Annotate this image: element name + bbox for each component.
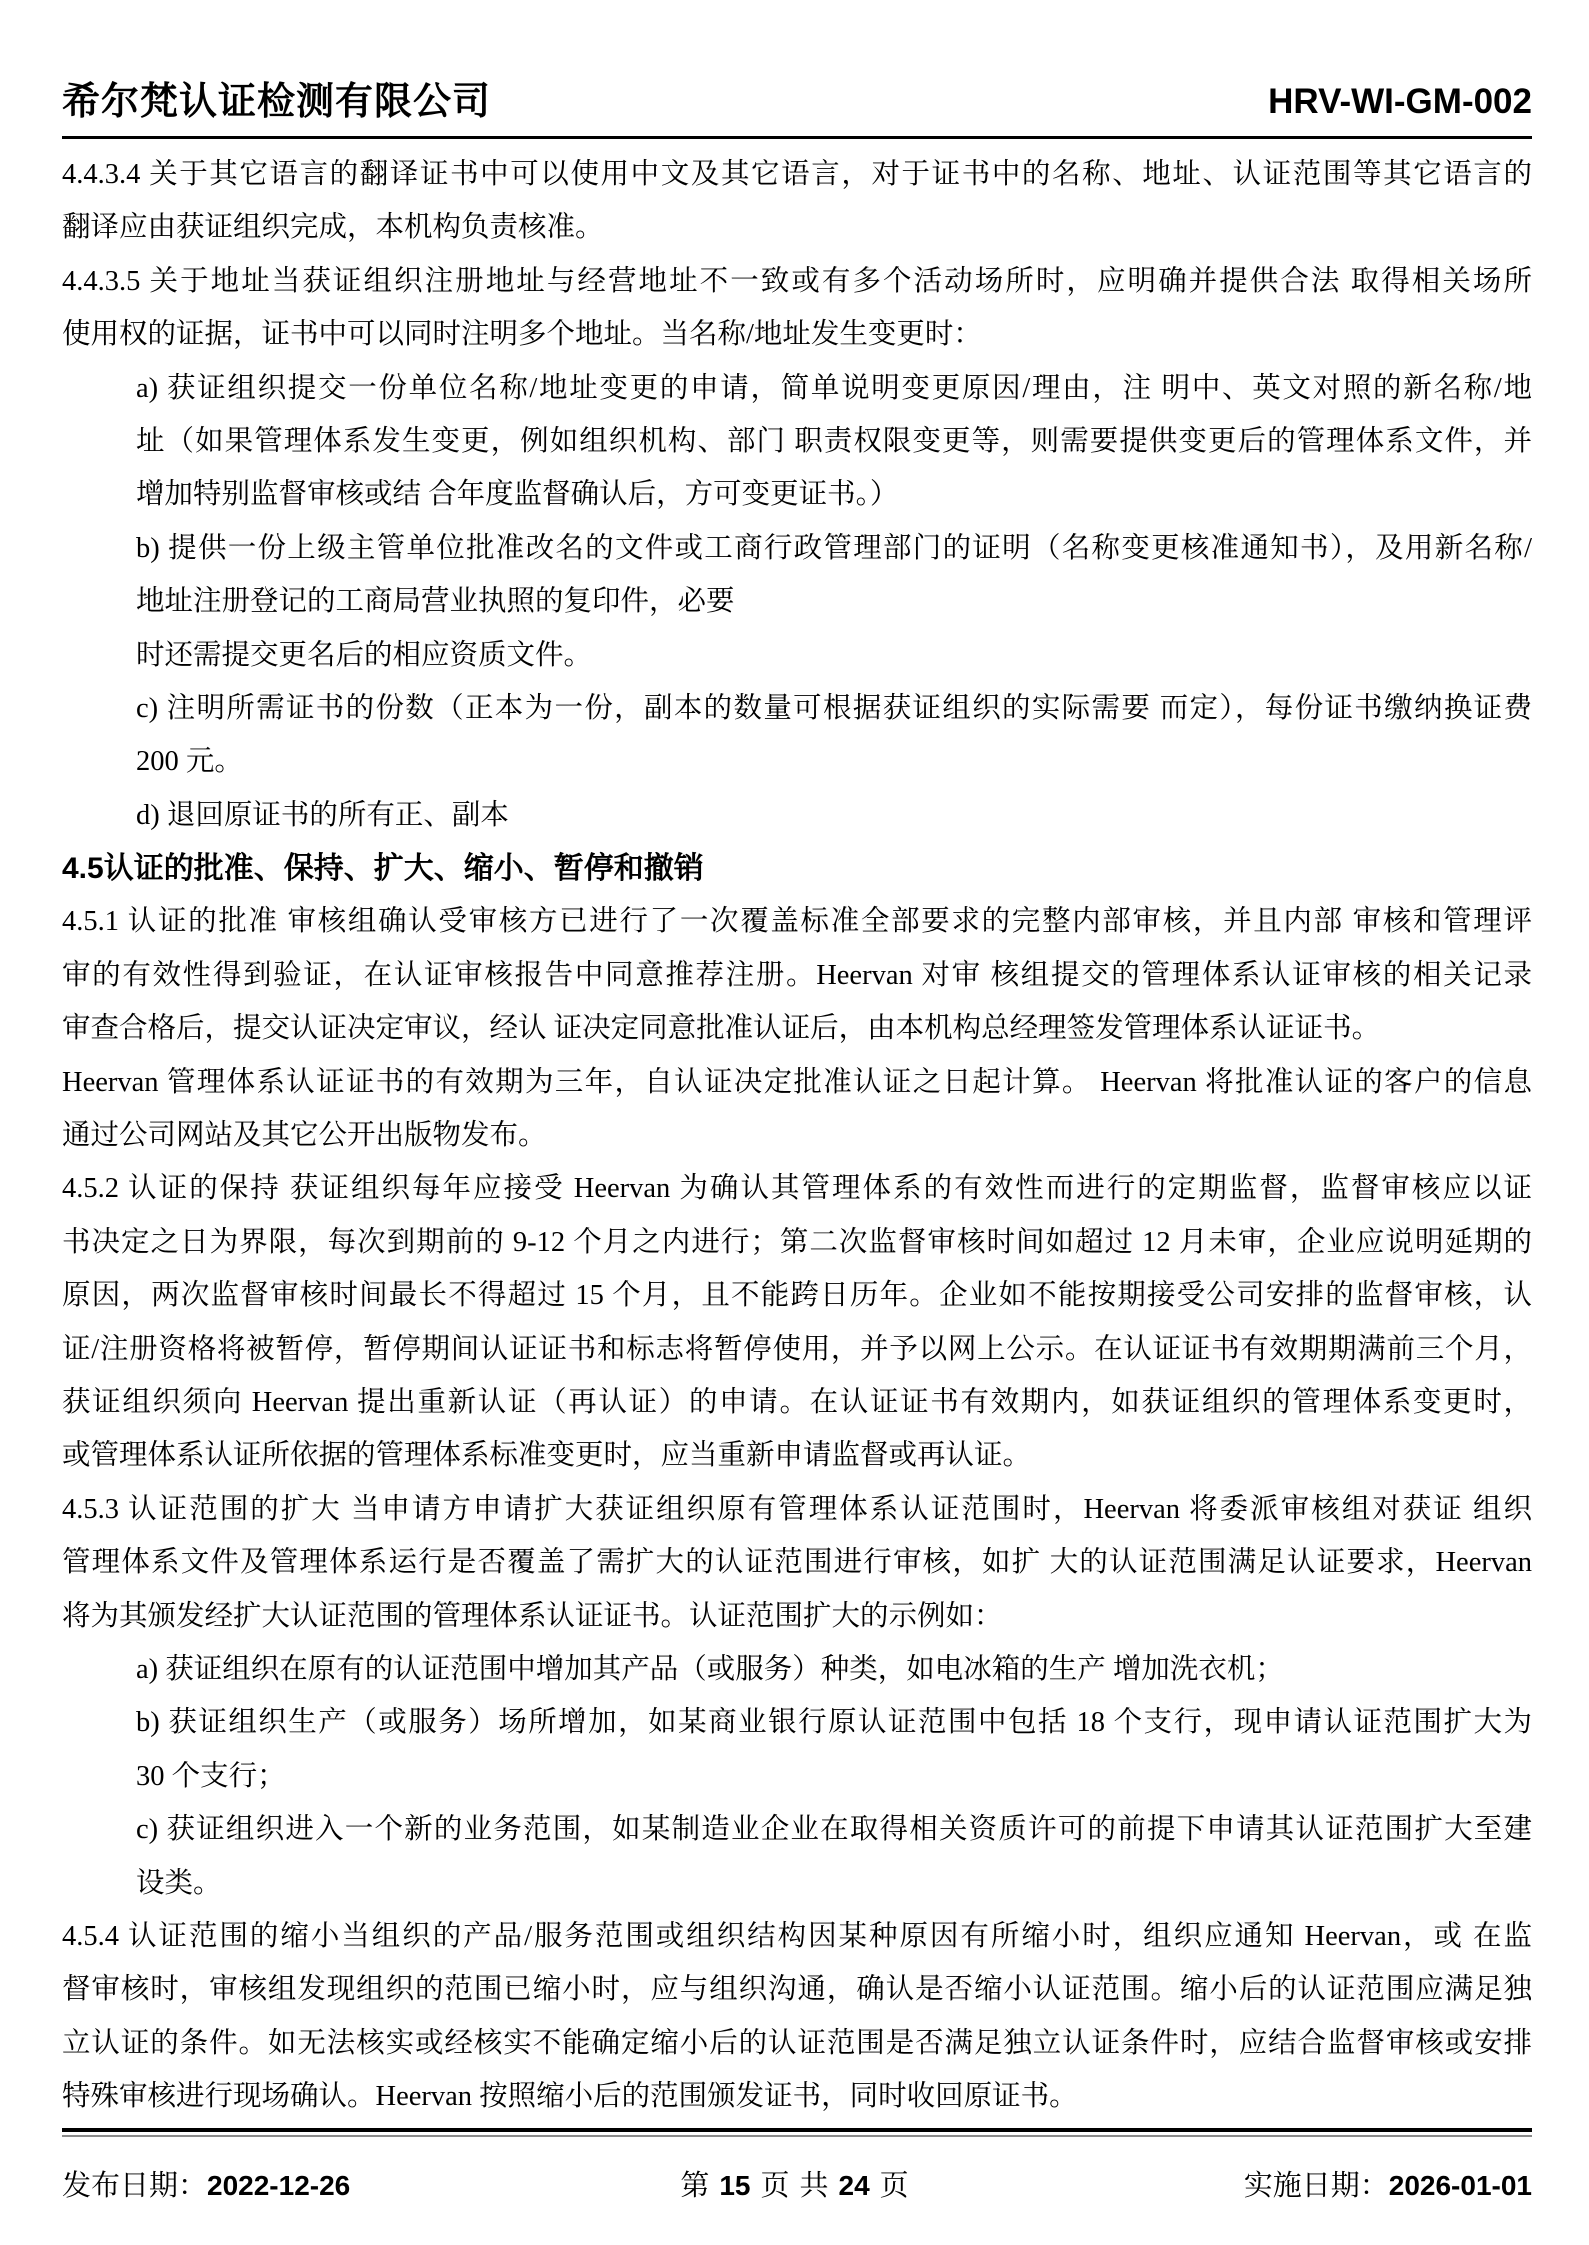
footer-rule-thin — [62, 2135, 1532, 2137]
page-header: 希尔梵认证检测有限公司 HRV-WI-GM-002 — [62, 80, 1532, 124]
text-line: 管理体系文件及管理体系运行是否覆盖了需扩大的认证范围进行审核，如扩 大的认证范围… — [62, 1536, 1532, 1589]
text-line: 地址注册登记的工商局营业执照的复印件，必要 — [136, 575, 1532, 628]
document-body: 4.4.3.4 关于其它语言的翻译证书中可以使用中文及其它语言，对于证书中的名称… — [62, 148, 1532, 2123]
paragraph: 4.4.3.4 关于其它语言的翻译证书中可以使用中文及其它语言，对于证书中的名称… — [62, 148, 1532, 255]
text-line: 增加特别监督审核或结 合年度监督确认后，方可变更证书。） — [136, 468, 1532, 521]
text-line: 通过公司网站及其它公开出版物发布。 — [62, 1109, 1532, 1162]
implementation-date-value: 2026-01-01 — [1389, 2170, 1532, 2201]
text-line: 审的有效性得到验证，在认证审核报告中同意推荐注册。Heervan 对审 核组提交… — [62, 949, 1532, 1002]
text-line: 4.5.2 认证的保持 获证组织每年应接受 Heervan 为确认其管理体系的有… — [62, 1162, 1532, 1215]
page-mid-2: 共 — [800, 2170, 829, 2202]
header-rule — [62, 136, 1532, 139]
issue-date-label: 发布日期： — [62, 2170, 207, 2202]
text-line: 4.4.3.5 关于地址当获证组织注册地址与经营地址不一致或有多个活动场所时，应… — [62, 255, 1532, 308]
paragraph: 4.5.1 认证的批准 审核组确认受审核方已进行了一次覆盖标准全部要求的完整内部… — [62, 895, 1532, 1055]
text-line: 4.5.4 认证范围的缩小当组织的产品/服务范围或组织结构因某种原因有所缩小时，… — [62, 1910, 1532, 1963]
text-line: c) 获证组织进入一个新的业务范围，如某制造业企业在取得相关资质许可的前提下申请… — [136, 1803, 1532, 1856]
company-name: 希尔梵认证检测有限公司 — [62, 80, 491, 124]
text-line: 将为其颁发经扩大认证范围的管理体系认证证书。认证范围扩大的示例如： — [62, 1590, 1532, 1643]
paragraph: a) 获证组织提交一份单位名称/地址变更的申请，简单说明变更原因/理由，注 明中… — [62, 362, 1532, 522]
page-prefix: 第 — [680, 2170, 709, 2202]
page-total: 24 — [839, 2170, 870, 2201]
implementation-date-label: 实施日期： — [1244, 2170, 1389, 2202]
paragraph: 4.5.4 认证范围的缩小当组织的产品/服务范围或组织结构因某种原因有所缩小时，… — [62, 1910, 1532, 2124]
text-line: a) 获证组织提交一份单位名称/地址变更的申请，简单说明变更原因/理由，注 明中… — [136, 362, 1532, 415]
page-indicator: 第15页共24页 — [680, 2163, 913, 2204]
issue-date-value: 2022-12-26 — [207, 2170, 350, 2201]
paragraph: 4.4.3.5 关于地址当获证组织注册地址与经营地址不一致或有多个活动场所时，应… — [62, 255, 1532, 362]
text-line: 或管理体系认证所依据的管理体系标准变更时，应当重新申请监督或再认证。 — [62, 1429, 1532, 1482]
paragraph: c) 注明所需证书的份数（正本为一份，副本的数量可根据获证组织的实际需要 而定）… — [62, 682, 1532, 789]
paragraph: 时还需提交更名后的相应资质文件。 — [62, 629, 1532, 682]
page-current: 15 — [719, 2170, 750, 2201]
text-line: 4.5.1 认证的批准 审核组确认受审核方已进行了一次覆盖标准全部要求的完整内部… — [62, 895, 1532, 948]
paragraph: b) 获证组织生产（或服务）场所增加，如某商业银行原认证范围中包括 18 个支行… — [62, 1696, 1532, 1803]
text-line: 审查合格后，提交认证决定审议，经认 证决定同意批准认证后，由本机构总经理签发管理… — [62, 1002, 1532, 1055]
issue-date: 发布日期：2022-12-26 — [62, 2163, 350, 2204]
text-line: 时还需提交更名后的相应资质文件。 — [136, 629, 1532, 682]
paragraph: 4.5.3 认证范围的扩大 当申请方申请扩大获证组织原有管理体系认证范围时，He… — [62, 1483, 1532, 1643]
text-line: b) 获证组织生产（或服务）场所增加，如某商业银行原认证范围中包括 18 个支行… — [136, 1696, 1532, 1749]
document-page: 希尔梵认证检测有限公司 HRV-WI-GM-002 4.4.3.4 关于其它语言… — [0, 0, 1589, 2245]
paragraph: a) 获证组织在原有的认证范围中增加其产品（或服务）种类，如电冰箱的生产 增加洗… — [62, 1643, 1532, 1696]
page-footer: 发布日期：2022-12-26 第15页共24页 实施日期：2026-01-01 — [62, 2163, 1532, 2204]
footer-rule-thick — [62, 2128, 1532, 2132]
page-suffix: 页 — [880, 2170, 909, 2202]
text-line: 4.5认证的批准、保持、扩大、缩小、暂停和撤销 — [62, 842, 1532, 895]
document-code: HRV-WI-GM-002 — [1268, 80, 1532, 124]
text-line: b) 提供一份上级主管单位批准改名的文件或工商行政管理部门的证明（名称变更核准通… — [136, 522, 1532, 575]
text-line: 原因，两次监督审核时间最长不得超过 15 个月，且不能跨日历年。企业如不能按期接… — [62, 1269, 1532, 1322]
paragraph: 4.5.2 认证的保持 获证组织每年应接受 Heervan 为确认其管理体系的有… — [62, 1162, 1532, 1482]
paragraph: d) 退回原证书的所有正、副本 — [62, 789, 1532, 842]
text-line: c) 注明所需证书的份数（正本为一份，副本的数量可根据获证组织的实际需要 而定）… — [136, 682, 1532, 735]
text-line: 督审核时，审核组发现组织的范围已缩小时，应与组织沟通，确认是否缩小认证范围。缩小… — [62, 1963, 1532, 2016]
paragraph: b) 提供一份上级主管单位批准改名的文件或工商行政管理部门的证明（名称变更核准通… — [62, 522, 1532, 629]
paragraph: c) 获证组织进入一个新的业务范围，如某制造业企业在取得相关资质许可的前提下申请… — [62, 1803, 1532, 1910]
text-line: 翻译应由获证组织完成，本机构负责核准。 — [62, 201, 1532, 254]
text-line: 立认证的条件。如无法核实或经核实不能确定缩小后的认证范围是否满足独立认证条件时，… — [62, 2017, 1532, 2070]
text-line: 30 个支行； — [136, 1750, 1532, 1803]
implementation-date: 实施日期：2026-01-01 — [1244, 2163, 1532, 2204]
text-line: 4.5.3 认证范围的扩大 当申请方申请扩大获证组织原有管理体系认证范围时，He… — [62, 1483, 1532, 1536]
text-line: a) 获证组织在原有的认证范围中增加其产品（或服务）种类，如电冰箱的生产 增加洗… — [136, 1643, 1532, 1696]
text-line: 证/注册资格将被暂停，暂停期间认证证书和标志将暂停使用，并予以网上公示。在认证证… — [62, 1323, 1532, 1376]
section-heading: 4.5认证的批准、保持、扩大、缩小、暂停和撤销 — [62, 842, 1532, 895]
text-line: 特殊审核进行现场确认。Heervan 按照缩小后的范围颁发证书，同时收回原证书。 — [62, 2070, 1532, 2123]
page-mid-1: 页 — [760, 2170, 789, 2202]
text-line: Heervan 管理体系认证证书的有效期为三年，自认证决定批准认证之日起计算。 … — [62, 1056, 1532, 1109]
text-line: 200 元。 — [136, 735, 1532, 788]
paragraph: Heervan 管理体系认证证书的有效期为三年，自认证决定批准认证之日起计算。 … — [62, 1056, 1532, 1163]
text-line: 书决定之日为界限，每次到期前的 9-12 个月之内进行；第二次监督审核时间如超过… — [62, 1216, 1532, 1269]
text-line: 获证组织须向 Heervan 提出重新认证（再认证）的申请。在认证证书有效期内，… — [62, 1376, 1532, 1429]
text-line: 设类。 — [136, 1857, 1532, 1910]
text-line: 址（如果管理体系发生变更，例如组织机构、部门 职责权限变更等，则需要提供变更后的… — [136, 415, 1532, 468]
text-line: d) 退回原证书的所有正、副本 — [136, 789, 1532, 842]
text-line: 4.4.3.4 关于其它语言的翻译证书中可以使用中文及其它语言，对于证书中的名称… — [62, 148, 1532, 201]
text-line: 使用权的证据，证书中可以同时注明多个地址。当名称/地址发生变更时： — [62, 308, 1532, 361]
